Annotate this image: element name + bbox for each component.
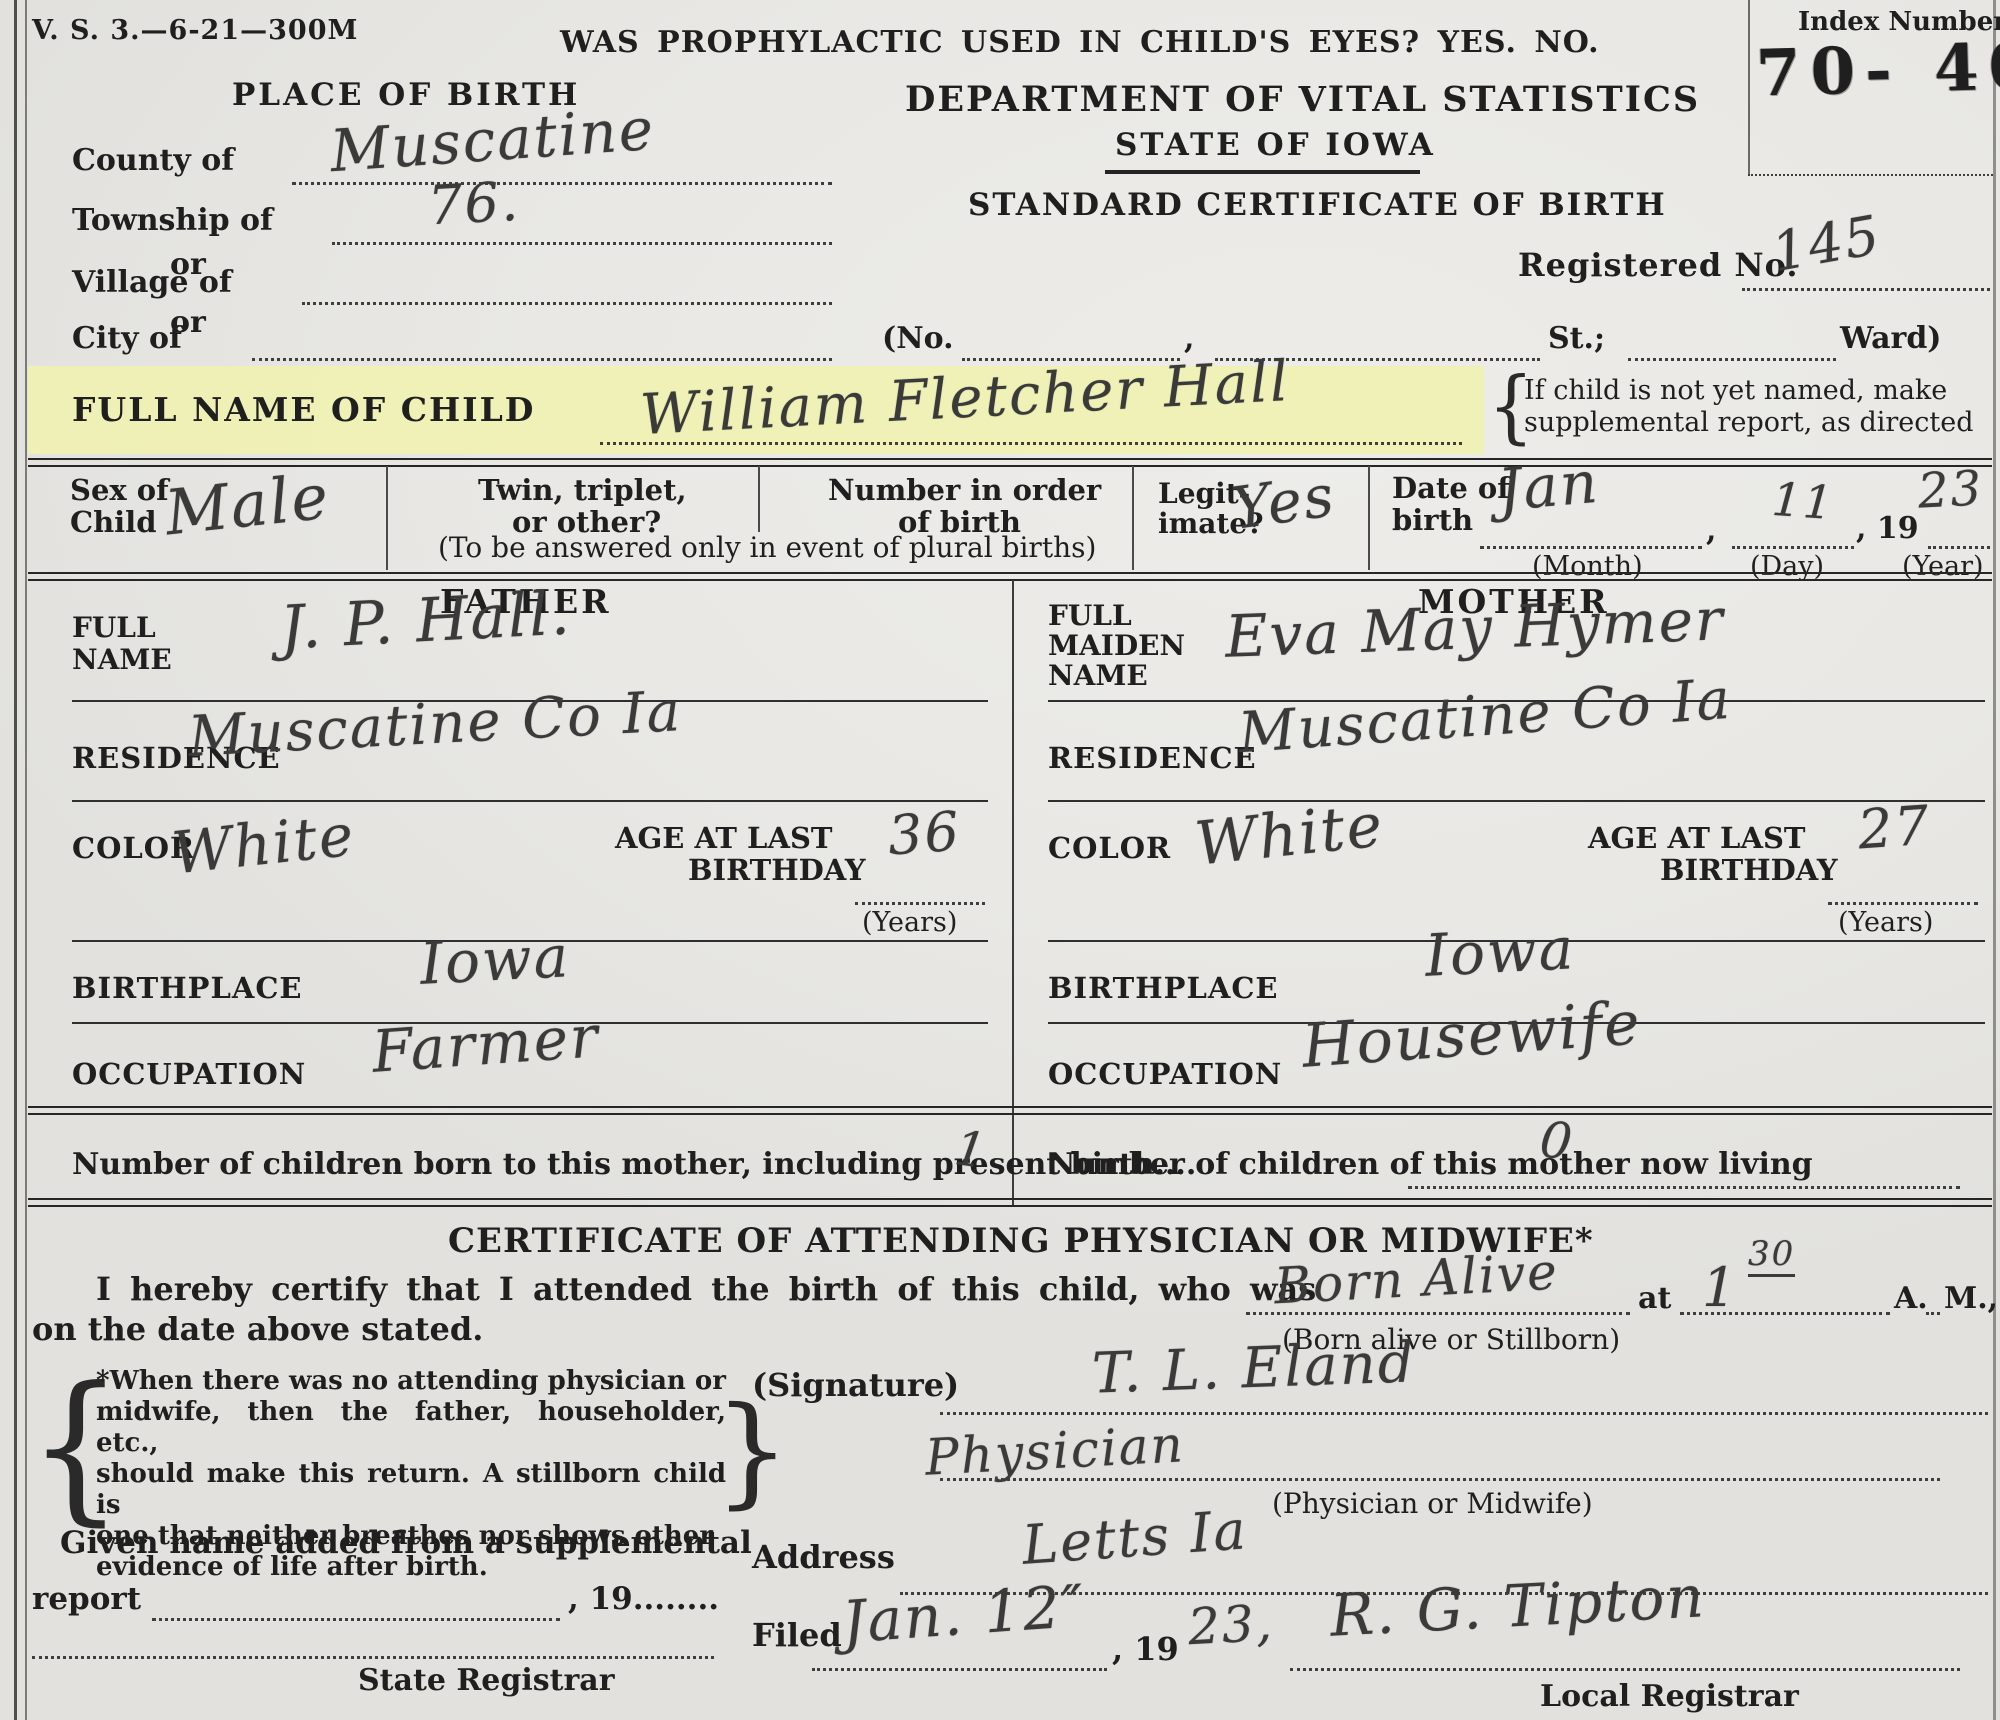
state-registrar-label: State Registrar <box>358 1664 615 1698</box>
dob-day-line <box>1732 546 1854 549</box>
right-edge-line <box>1993 0 1996 1720</box>
father-name-value: J. P. Hall. <box>278 578 573 663</box>
filed-year-prefix: , 19 <box>1112 1632 1179 1668</box>
registered-no-value: 145 <box>1767 203 1885 284</box>
mother-residence-line <box>1048 800 1985 802</box>
index-number-value: 70- 407 <box>1755 30 2000 111</box>
unnamed-note-line-2: supplemental report, as directed <box>1524 408 1973 438</box>
am-label-a: A. <box>1894 1282 1928 1316</box>
certificate-title: STANDARD CERTIFICATE OF BIRTH <box>968 188 1667 223</box>
cell-divider-4 <box>1368 466 1370 570</box>
index-box-bottom-border <box>1748 174 1993 176</box>
twin-label-1: Twin, triplet, <box>478 474 687 506</box>
filed-date-value: Jan. 12″ <box>840 1572 1088 1657</box>
report-line <box>152 1618 560 1621</box>
father-name-label-2: NAME <box>72 644 172 675</box>
mother-age-line <box>1828 902 1978 905</box>
village-line <box>302 302 832 305</box>
am-dots <box>1926 1312 1940 1315</box>
mother-name-value: Eva May Hymer <box>1224 585 1726 670</box>
dob-year-prefix: , 19 <box>1856 512 1919 546</box>
township-label: Township of <box>72 204 273 238</box>
full-name-label: FULL NAME OF CHILD <box>72 392 535 429</box>
father-name-label-1: FULL <box>72 612 156 643</box>
mother-age-label-1: AGE AT LAST <box>1588 822 1805 854</box>
street-no-label: (No. <box>882 322 954 356</box>
certify-text: I hereby certify that I attended the bir… <box>96 1272 1316 1308</box>
sex-label-1: Sex of <box>70 474 169 506</box>
father-occupation-value: Farmer <box>370 1002 602 1086</box>
cell-divider-2 <box>758 466 760 532</box>
filed-year-value: 23, <box>1187 1594 1275 1656</box>
time-minutes-value: 30 <box>1748 1234 1795 1277</box>
plural-births-note: (To be answered only in event of plural … <box>438 532 1096 563</box>
rule-before-certificate <box>28 1198 1992 1207</box>
report-label: report <box>32 1582 141 1617</box>
title-divider <box>1105 170 1420 174</box>
cell-divider-3 <box>1132 466 1134 570</box>
address-label: Address <box>752 1540 895 1576</box>
footnote-line-2: midwife, then the father, householder, e… <box>96 1397 726 1459</box>
children-living-value: 0 <box>1537 1110 1577 1171</box>
dob-year-line <box>1928 546 1990 549</box>
father-residence-line <box>72 800 988 802</box>
footnote-brace-right: } <box>714 1392 790 1512</box>
father-years-caption: (Years) <box>862 908 957 938</box>
mother-name-label-3: NAME <box>1048 660 1148 691</box>
birth-certificate-scan: V. S. 3.—6-21—300M WAS PROPHYLACTIC USED… <box>0 0 2000 1720</box>
mother-occupation-value: Housewife <box>1300 988 1644 1082</box>
mother-birthplace-label: BIRTHPLACE <box>1048 972 1279 1004</box>
mother-color-label: COLOR <box>1048 832 1171 864</box>
father-age-label-1: AGE AT LAST <box>615 822 832 854</box>
rule-after-sex-row <box>28 572 1992 581</box>
registrar-signature-value: R. G. Tipton <box>1328 1562 1707 1650</box>
mother-age-label-2: BIRTHDAY <box>1660 854 1838 886</box>
unnamed-note-line-1: If child is not yet named, make <box>1524 376 1947 406</box>
mother-residence-label: RESIDENCE <box>1048 742 1257 774</box>
city-line <box>252 358 832 361</box>
physician-line <box>940 1478 1940 1481</box>
filed-label: Filed <box>752 1618 842 1654</box>
dob-year-value: 23 <box>1917 460 1985 519</box>
registered-no-label: Registered No. <box>1518 248 1799 284</box>
sex-label-2: Child <box>70 506 156 538</box>
report-year-prefix: , 19........ <box>568 1582 719 1617</box>
left-edge-line-inner <box>25 0 27 1720</box>
department-title: DEPARTMENT OF VITAL STATISTICS <box>905 80 1700 119</box>
children-living-line <box>1408 1186 1960 1189</box>
sex-value: Male <box>162 460 334 550</box>
signature-line <box>940 1412 1988 1415</box>
street-st-label: St.; <box>1548 322 1605 356</box>
father-age-label-2: BIRTHDAY <box>688 854 866 886</box>
signature-value: T. L. Eland <box>1091 1330 1417 1406</box>
mother-residence-value: Muscatine Co Ia <box>1236 667 1734 766</box>
father-birthplace-label: BIRTHPLACE <box>72 972 303 1004</box>
local-registrar-line <box>1290 1668 1960 1671</box>
legitimate-value: Yes <box>1228 461 1340 543</box>
mother-years-caption: (Years) <box>1838 908 1933 938</box>
township-value: 76. <box>426 170 521 238</box>
township-line <box>332 242 832 245</box>
left-edge-line <box>14 0 17 1720</box>
cell-divider-1 <box>386 466 388 570</box>
footnote-line-1: *When there was no attending physician o… <box>96 1366 726 1397</box>
city-label: City of <box>72 322 182 356</box>
local-registrar-label: Local Registrar <box>1540 1680 1799 1714</box>
state-title: STATE OF IOWA <box>1115 128 1436 163</box>
mother-occupation-label: OCCUPATION <box>1048 1058 1282 1090</box>
dob-label-2: birth <box>1392 504 1473 536</box>
mother-age-value: 27 <box>1856 794 1933 862</box>
mother-birthplace-value: Iowa <box>1423 914 1576 990</box>
prophylactic-question: WAS PROPHYLACTIC USED IN CHILD'S EYES? Y… <box>560 26 1600 60</box>
children-living-label: Number of children of this mother now li… <box>1048 1148 1813 1182</box>
signature-label: (Signature) <box>752 1368 959 1404</box>
supplemental-line-1: Given name added from a supplemental <box>60 1526 752 1561</box>
mother-name-label-1: FULL <box>1048 600 1132 631</box>
physician-written-value: Physician <box>924 1415 1186 1487</box>
dob-comma-1: , <box>1706 514 1716 548</box>
dob-month-line <box>1480 546 1702 549</box>
state-registrar-line <box>32 1656 714 1659</box>
address-value: Letts Ia <box>1020 1498 1249 1577</box>
father-age-line <box>855 902 985 905</box>
rule-after-parents <box>28 1106 1992 1115</box>
dob-label-1: Date of <box>1392 472 1510 504</box>
physician-caption: (Physician or Midwife) <box>1272 1488 1593 1519</box>
dob-month-value: Jan <box>1495 448 1602 525</box>
father-age-value: 36 <box>886 800 963 868</box>
ward-line <box>1628 358 1836 361</box>
father-residence-value: Muscatine Co Ia <box>187 679 684 770</box>
ward-label: Ward) <box>1840 322 1942 356</box>
form-code: V. S. 3.—6-21—300M <box>32 16 358 46</box>
mother-color-value: White <box>1192 790 1387 879</box>
father-occupation-label: OCCUPATION <box>72 1058 306 1090</box>
at-label: at <box>1638 1282 1671 1316</box>
index-box-left-border <box>1748 0 1750 174</box>
dob-day-value: 11 <box>1770 472 1836 530</box>
registered-no-line <box>1742 288 1990 291</box>
mother-name-label-2: MAIDEN <box>1048 630 1185 661</box>
county-label: County of <box>72 144 234 178</box>
certify-text-2: on the date above stated. <box>32 1312 483 1348</box>
am-label-m: M., <box>1944 1282 1998 1316</box>
filed-date-line <box>812 1668 1107 1671</box>
time-value: 1 <box>1702 1256 1738 1319</box>
order-label-1: Number in order <box>828 474 1101 506</box>
village-label: Village of <box>72 266 232 300</box>
footnote-line-3: should make this return. A stillborn chi… <box>96 1459 726 1521</box>
father-color-value: White <box>169 801 358 888</box>
father-birthplace-value: Iowa <box>418 922 571 998</box>
street-comma: , <box>1184 322 1194 356</box>
children-born-label: Number of children born to this mother, … <box>72 1148 1196 1182</box>
